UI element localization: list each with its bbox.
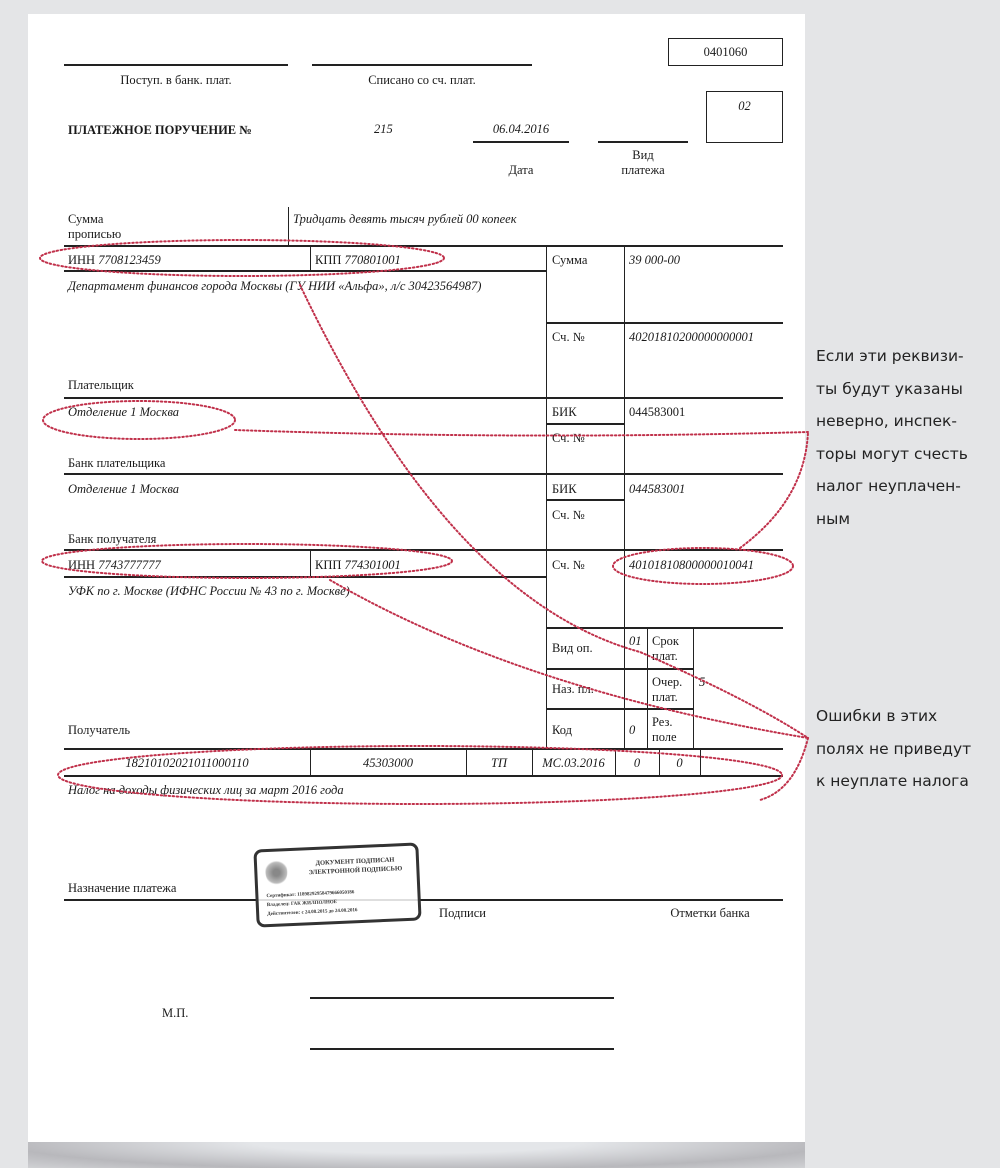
received-line xyxy=(64,64,288,66)
page-shadow xyxy=(28,1142,805,1168)
payee-kpp: КПП 774301001 xyxy=(315,558,401,572)
payer-bank-account-label: Сч. № xyxy=(552,431,585,445)
grid-line xyxy=(64,899,783,901)
electronic-signature-stamp: ДОКУМЕНТ ПОДПИСАНЭЛЕКТРОННОЙ ПОДПИСЬЮ Се… xyxy=(253,842,421,927)
annotation-line: ным xyxy=(816,503,968,536)
payee-account-label: Сч. № xyxy=(552,558,585,572)
purpose-label: Назначение платежа xyxy=(68,881,176,895)
payee-bank-label: Банк получателя xyxy=(68,532,156,546)
grid-line xyxy=(64,245,783,247)
payer-inn: ИНН 7708123459 xyxy=(68,253,161,267)
stamp-details: Сертификат: 11898292958479666050186Владе… xyxy=(266,888,357,919)
annotation-line: Если эти реквизи- xyxy=(816,340,968,373)
form-code-box: 0401060 xyxy=(668,38,783,66)
due-label: Срок xyxy=(652,634,679,648)
amount-words: Тридцать девять тысяч рублей 00 копеек xyxy=(293,212,517,226)
grid-line xyxy=(64,549,783,551)
amount-value: 39 000-00 xyxy=(629,253,680,267)
due-label-2: плат. xyxy=(652,649,678,663)
kpp-label: КПП xyxy=(315,253,341,267)
payer-status: 02 xyxy=(707,99,782,113)
amount-label: Сумма xyxy=(552,253,587,267)
grid-line xyxy=(693,628,694,749)
code: 0 xyxy=(629,723,635,737)
grid-line xyxy=(624,246,625,628)
annotation-line: налог неуплачен- xyxy=(816,470,968,503)
priority-label: Очер. xyxy=(652,675,682,689)
kbk: 18210102021011000110 xyxy=(64,756,310,770)
purpose-code-label: Наз. пл. xyxy=(552,682,594,696)
doc-number: 0 xyxy=(615,756,659,770)
payee-bank-account-label: Сч. № xyxy=(552,508,585,522)
document-title: ПЛАТЕЖНОЕ ПОРУЧЕНИЕ № xyxy=(68,123,252,137)
seal-label: М.П. xyxy=(162,1006,188,1020)
inn-label: ИНН xyxy=(68,253,95,267)
received-label: Поступ. в банк. плат. xyxy=(64,73,288,87)
op-type: 01 xyxy=(629,634,642,648)
payer-bank-label: Банк плательщика xyxy=(68,456,165,470)
annotation-critical: Если эти реквизи- ты будут указаны невер… xyxy=(816,340,968,535)
payer-account: 40201810200000000001 xyxy=(629,330,754,344)
stamp-title: ДОКУМЕНТ ПОДПИСАНЭЛЕКТРОННОЙ ПОДПИСЬЮ xyxy=(295,855,416,878)
grid-line xyxy=(64,748,783,750)
annotation-line: торы могут счесть xyxy=(816,438,968,471)
kpp-label: КПП xyxy=(315,558,341,572)
payee-account: 40101810800000010041 xyxy=(629,558,754,572)
stamp-title-2: ЭЛЕКТРОННОЙ ПОДПИСЬЮ xyxy=(308,865,402,876)
annotation-line: полях не приведут xyxy=(816,733,971,766)
payee-name: УФК по г. Москве (ИФНС России № 43 по г.… xyxy=(68,584,350,598)
grid-line xyxy=(64,775,783,777)
payment-type-line xyxy=(598,141,688,143)
payer-label: Плательщик xyxy=(68,378,134,392)
payer-bank-bik-label: БИК xyxy=(552,405,577,419)
kpp-value: 774301001 xyxy=(345,558,401,572)
payer-bank-name: Отделение 1 Москва xyxy=(68,405,179,419)
grid-line xyxy=(547,423,625,425)
amount-words-label-2: прописью xyxy=(68,227,121,241)
annotation-noncritical: Ошибки в этих полях не приведут к неупла… xyxy=(816,700,971,798)
payment-type-label-1: Вид xyxy=(598,148,688,162)
signature-line-1 xyxy=(310,997,614,999)
grid-line xyxy=(547,499,625,501)
divider xyxy=(288,207,289,246)
stamp-validity: Действителен: с 24.08.2015 до 24.08.2016 xyxy=(267,908,357,917)
grid-line xyxy=(310,550,311,576)
annotation-line: к неуплате налога xyxy=(816,765,971,798)
payee-bank-name: Отделение 1 Москва xyxy=(68,482,179,496)
payer-name: Департамент финансов города Москвы (ГУ Н… xyxy=(68,279,481,293)
reserve-label-2: поле xyxy=(652,730,677,744)
inn-value: 7708123459 xyxy=(98,253,161,267)
payer-bank-bik: 044583001 xyxy=(629,405,685,419)
code-label: Код xyxy=(552,723,572,737)
annotation-line: ты будут указаны xyxy=(816,373,968,406)
payer-status-box: 02 xyxy=(706,91,783,143)
tax-period: МС.03.2016 xyxy=(532,756,615,770)
payee-bank-bik: 044583001 xyxy=(629,482,685,496)
reserve-label: Рез. xyxy=(652,715,673,729)
tax-basis: ТП xyxy=(466,756,532,770)
date-label: Дата xyxy=(473,163,569,177)
grid-line xyxy=(310,246,311,270)
annotation-line: неверно, инспек- xyxy=(816,405,968,438)
payee-label: Получатель xyxy=(68,723,130,737)
payment-order-document xyxy=(28,14,805,1142)
form-code: 0401060 xyxy=(669,45,782,59)
debited-line xyxy=(312,64,532,66)
doc-date: 0 xyxy=(659,756,700,770)
payment-type-label-2: платежа xyxy=(598,163,688,177)
payee-inn: ИНН 7743777777 xyxy=(68,558,161,572)
grid-line xyxy=(64,397,783,399)
bank-marks-label: Отметки банка xyxy=(650,906,770,920)
priority-label-2: плат. xyxy=(652,690,678,704)
grid-line xyxy=(700,749,701,775)
grid-line xyxy=(64,473,783,475)
annotation-line: Ошибки в этих xyxy=(816,700,971,733)
document-number: 215 xyxy=(374,122,393,136)
date-line xyxy=(473,141,569,143)
grid-line xyxy=(547,627,783,629)
amount-words-label: Сумма xyxy=(68,212,103,226)
payer-kpp: КПП 770801001 xyxy=(315,253,401,267)
priority: 5 xyxy=(699,675,705,689)
inn-value: 7743777777 xyxy=(98,558,161,572)
debited-label: Списано со сч. плат. xyxy=(312,73,532,87)
coat-of-arms-icon xyxy=(265,859,288,886)
kpp-value: 770801001 xyxy=(345,253,401,267)
grid-line xyxy=(624,628,625,749)
inn-label: ИНН xyxy=(68,558,95,572)
op-type-label: Вид оп. xyxy=(552,641,593,655)
grid-line xyxy=(547,668,693,670)
grid-line xyxy=(647,628,648,749)
grid-line xyxy=(64,576,547,578)
grid-line xyxy=(64,270,547,272)
grid-line xyxy=(547,322,783,324)
signature-line-2 xyxy=(310,1048,614,1050)
oktmo: 45303000 xyxy=(310,756,466,770)
stamp-owner: Владелец: ГАК ЖИЛПОЛНОЕ xyxy=(267,900,337,908)
stamp-certificate: Сертификат: 11898292958479666050186 xyxy=(266,890,354,899)
grid-line xyxy=(547,708,693,710)
payer-account-label: Сч. № xyxy=(552,330,585,344)
payee-bank-bik-label: БИК xyxy=(552,482,577,496)
document-date: 06.04.2016 xyxy=(473,122,569,136)
purpose-text: Налог на доходы физических лиц за март 2… xyxy=(68,783,344,797)
